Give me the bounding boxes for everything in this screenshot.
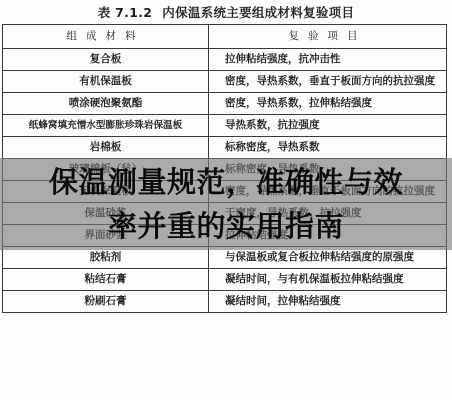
tests-cell: 标称密度，导热系数 [209,137,447,159]
table-number: 表 7.1.2 [98,5,153,20]
table-row: 复合板 拉伸粘结强度，抗冲击性 [3,49,447,71]
table-row: 粘结石膏 凝结时间，与有机保温板拉伸粘结强度 [3,269,447,291]
headline-line-2: 率并重的实用指南 [0,204,452,248]
table-row: 有机保温板 密度，导热系数，垂直于板面方向的抗拉强度 [3,71,447,93]
tests-cell: 拉伸粘结强度，抗冲击性 [209,49,447,71]
tests-cell: 凝结时间，拉伸粘结强度 [209,291,447,313]
material-cell: 粘结石膏 [3,269,209,291]
header-materials: 组成材料 [3,25,209,49]
table-caption: 表 7.1.2内保温系统主要组成材料复验项目 [0,3,452,21]
tests-cell: 凝结时间，与有机保温板拉伸粘结强度 [209,269,447,291]
tests-cell: 密度，导热系数，拉伸粘结强度 [209,93,447,115]
header-retest-items: 复验项目 [209,25,447,49]
material-cell: 喷涂硬泡聚氨酯 [3,93,209,115]
headline-banner: 保温测量规范，准确性与效 率并重的实用指南 [0,160,452,248]
table-row: 纸蜂窝填充憎水型膨胀珍珠岩保温板 导热系数，抗拉强度 [3,115,447,137]
table-row: 喷涂硬泡聚氨酯 密度，导热系数，拉伸粘结强度 [3,93,447,115]
table-row: 岩棉板 标称密度，导热系数 [3,137,447,159]
material-cell: 岩棉板 [3,137,209,159]
material-cell: 有机保温板 [3,71,209,93]
tests-cell: 导热系数，抗拉强度 [209,115,447,137]
table-title: 内保温系统主要组成材料复验项目 [162,5,354,20]
material-cell: 粉刷石膏 [3,291,209,313]
table-row: 粉刷石膏 凝结时间，拉伸粘结强度 [3,291,447,313]
table-header-row: 组成材料 复验项目 [3,25,447,49]
material-cell: 纸蜂窝填充憎水型膨胀珍珠岩保温板 [3,115,209,137]
headline-line-1: 保温测量规范，准确性与效 [0,160,452,204]
tests-cell: 密度，导热系数，垂直于板面方向的抗拉强度 [209,71,447,93]
material-cell: 复合板 [3,49,209,71]
